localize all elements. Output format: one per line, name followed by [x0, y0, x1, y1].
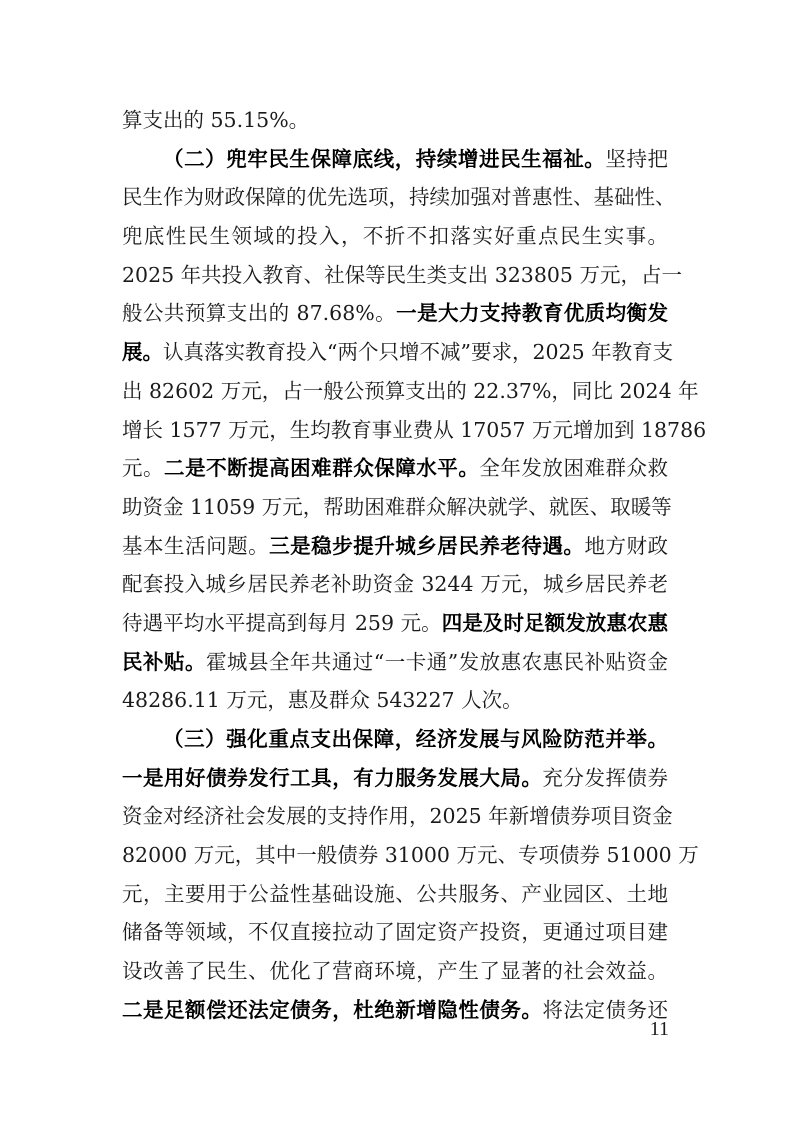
body-text-span: 储备等领域，不仅直接拉动了固定资产投资，更通过项目建	[122, 920, 668, 944]
body-text-span: 算支出的 55.15%。	[122, 108, 309, 132]
body-text-span: 兜底性民生领域的投入，不折不扣落实好重点民生实事。	[122, 224, 668, 248]
body-text-span: 配套投入城乡居民养老补助资金 3244 万元，城乡居民养老	[122, 572, 668, 596]
text-line: 兜底性民生领域的投入，不折不扣落实好重点民生实事。	[122, 217, 668, 256]
body-text-span: 全年发放困难群众救	[479, 456, 668, 480]
text-line: 算支出的 55.15%。	[122, 101, 668, 140]
text-line: 基本生活问题。三是稳步提升城乡居民养老待遇。地方财政	[122, 527, 668, 566]
text-line: 82000 万元，其中一般债券 31000 万元、专项债券 51000 万	[122, 836, 668, 875]
text-line: 增长 1577 万元，生均教育事业费从 17057 万元增加到 18786	[122, 411, 668, 450]
bold-heading-text: 三是稳步提升城乡居民养老待遇。	[269, 534, 584, 558]
body-text-span: 2025 年共投入教育、社保等民生类支出 323805 万元，占一	[122, 263, 682, 287]
text-line: 般公共预算支出的 87.68%。一是大力支持教育优质均衡发	[122, 294, 668, 333]
text-line: 配套投入城乡居民养老补助资金 3244 万元，城乡居民养老	[122, 565, 668, 604]
text-line: （二）兜牢民生保障底线，持续增进民生福祉。坚持把	[122, 140, 668, 179]
body-text-span: 元，主要用于公益性基础设施、公共服务、产业园区、土地	[122, 882, 668, 906]
text-line: 资金对经济社会发展的支持作用，2025 年新增债券项目资金	[122, 797, 668, 836]
text-line: 出 82602 万元，占一般公预算支出的 22.37%，同比 2024 年	[122, 372, 668, 411]
body-text-span: 地方财政	[584, 534, 668, 558]
body-text-span: 般公共预算支出的 87.68%。	[122, 301, 396, 325]
text-line: 民生作为财政保障的优先选项，持续加强对普惠性、基础性、	[122, 178, 668, 217]
text-line: 设改善了民生、优化了营商环境，产生了显著的社会效益。	[122, 952, 668, 991]
body-text-span: 设改善了民生、优化了营商环境，产生了显著的社会效益。	[122, 959, 668, 983]
body-text-span: 充分发挥债券	[542, 766, 668, 790]
bold-heading-text: 一是大力支持教育优质均衡发	[396, 301, 668, 325]
document-page: 算支出的 55.15%。（二）兜牢民生保障底线，持续增进民生福祉。坚持把民生作为…	[0, 0, 793, 1122]
bold-heading-text: 二是足额偿还法定债务，杜绝新增隐性债务。	[122, 998, 542, 1022]
bold-heading-text: 四是及时足额发放惠农惠	[442, 611, 668, 635]
body-text-span: 出 82602 万元，占一般公预算支出的 22.37%，同比 2024 年	[122, 379, 699, 403]
body-text-span: 资金对经济社会发展的支持作用，2025 年新增债券项目资金	[122, 804, 673, 828]
body-text-span: 待遇平均水平提高到每月 259 元。	[122, 611, 442, 635]
body-text-span: 元。	[122, 456, 164, 480]
text-line: 元。二是不断提高困难群众保障水平。全年发放困难群众救	[122, 449, 668, 488]
bold-heading-text: 二是不断提高困难群众保障水平。	[164, 456, 479, 480]
text-line: 元，主要用于公益性基础设施、公共服务、产业园区、土地	[122, 875, 668, 914]
bold-heading-text: （三）强化重点支出保障，经济发展与风险防范并举。	[163, 727, 668, 751]
text-line: 48286.11 万元，惠及群众 543227 人次。	[122, 681, 668, 720]
bold-heading-text: 民补贴。	[122, 650, 206, 674]
bold-heading-text: 展。	[122, 340, 163, 364]
text-line: 2025 年共投入教育、社保等民生类支出 323805 万元，占一	[122, 256, 668, 295]
text-line: （三）强化重点支出保障，经济发展与风险防范并举。	[122, 720, 668, 759]
body-text-span: 认真落实教育投入“两个只增不减”要求，2025 年教育支	[163, 340, 673, 364]
text-line: 助资金 11059 万元，帮助困难群众解决就学、就医、取暖等	[122, 488, 668, 527]
body-text-span: 48286.11 万元，惠及群众 543227 人次。	[122, 688, 523, 712]
text-line: 储备等领域，不仅直接拉动了固定资产投资，更通过项目建	[122, 913, 668, 952]
body-text-span: 霍城县全年共通过“一卡通”发放惠农惠民补贴资金	[206, 650, 668, 674]
page-number: 11	[650, 1018, 669, 1041]
body-text-span: 民生作为财政保障的优先选项，持续加强对普惠性、基础性、	[122, 185, 676, 209]
bold-heading-text: 一是用好债券发行工具，有力服务发展大局。	[122, 766, 542, 790]
text-line: 一是用好债券发行工具，有力服务发展大局。充分发挥债券	[122, 759, 668, 798]
body-text-span: 增长 1577 万元，生均教育事业费从 17057 万元增加到 18786	[122, 418, 706, 442]
body-text-span: 助资金 11059 万元，帮助困难群众解决就学、就医、取暖等	[122, 495, 672, 519]
bold-heading-text: （二）兜牢民生保障底线，持续增进民生福祉。	[163, 147, 605, 171]
text-line: 二是足额偿还法定债务，杜绝新增隐性债务。将法定债务还	[122, 991, 668, 1030]
text-line: 民补贴。霍城县全年共通过“一卡通”发放惠农惠民补贴资金	[122, 643, 668, 682]
body-text-span: 基本生活问题。	[122, 534, 269, 558]
body-text-span: 82000 万元，其中一般债券 31000 万元、专项债券 51000 万	[122, 843, 699, 867]
body-text: 算支出的 55.15%。（二）兜牢民生保障底线，持续增进民生福祉。坚持把民生作为…	[122, 101, 668, 1030]
text-line: 展。认真落实教育投入“两个只增不减”要求，2025 年教育支	[122, 333, 668, 372]
body-text-span: 坚持把	[605, 147, 668, 171]
text-line: 待遇平均水平提高到每月 259 元。四是及时足额发放惠农惠	[122, 604, 668, 643]
